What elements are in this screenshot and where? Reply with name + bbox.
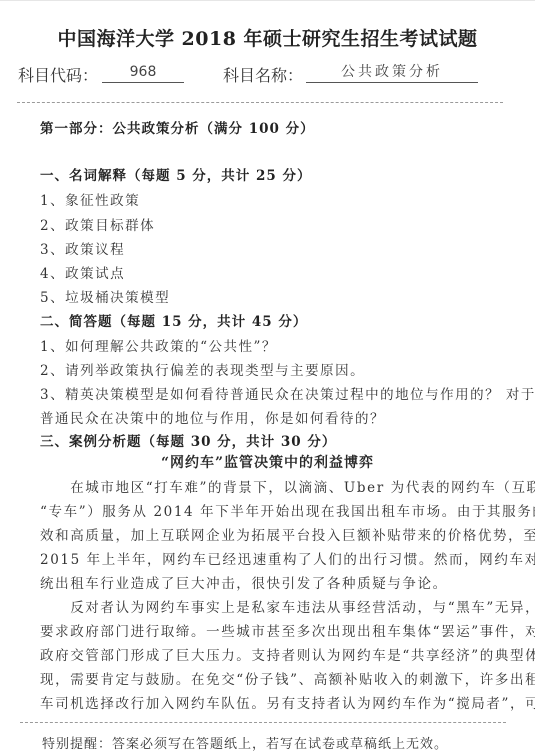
divider-top xyxy=(17,102,503,103)
section-3-heading: 三、案例分析题（每题 30 分，共计 30 分） xyxy=(40,430,336,450)
list-item: 3、政策议程 xyxy=(40,238,125,258)
section-2-heading: 二、简答题（每题 15 分，共计 45 分） xyxy=(40,310,307,330)
case-line: 车司机选择改行加入网约车队伍。另有支持者认为网约车作为“搅局者”，可 xyxy=(40,692,503,712)
part-heading: 第一部分：公共政策分析（满分 100 分） xyxy=(40,117,315,137)
footer-notice: 特别提醒：答案必须写在答题纸上，若写在试卷或草稿纸上无效。 xyxy=(42,733,448,752)
list-item: 5、垃圾桶决策模型 xyxy=(40,286,170,306)
subject-name-label: 科目名称： xyxy=(223,63,303,86)
list-item: 2、政策目标群体 xyxy=(40,214,155,234)
subject-code-value: 968 xyxy=(102,63,184,83)
case-line: “专车”）服务从 2014 年下半年开始出现在我国出租车市场。由于其服务的高 xyxy=(40,500,503,520)
case-line: 效和高质量，加上互联网企业为拓展平台投入巨额补贴带来的价格优势，至 xyxy=(40,524,503,544)
list-item: 3、精英决策模型是如何看待普通民众在决策过程中的地位与作用的？ 对于 xyxy=(40,383,535,403)
section-1-heading: 一、名词解释（每题 5 分，共计 25 分） xyxy=(40,164,311,184)
top-border xyxy=(0,0,535,1)
divider-bottom xyxy=(20,722,506,723)
list-item: 2、请列举政策执行偏差的表现类型与主要原因。 xyxy=(40,359,365,379)
case-line: 政府交管部门形成了巨大压力。支持者则认为网约车是“共享经济”的典型体 xyxy=(40,644,503,664)
exam-title: 中国海洋大学 2018 年硕士研究生招生考试试题 xyxy=(0,24,535,51)
case-title: “网约车”监管决策中的利益博弈 xyxy=(0,452,535,472)
list-item: 普通民众在决策中的地位与作用，你是如何看待的？ xyxy=(40,407,385,427)
list-item: 1、如何理解公共政策的“公共性”？ xyxy=(40,335,277,355)
case-line: 要求政府部门进行取缔。一些城市甚至多次出现出租车集体“罢运”事件，对 xyxy=(40,620,503,640)
case-line: 统出租车行业造成了巨大冲击，很快引发了各种质疑与争论。 xyxy=(40,572,503,592)
list-item: 1、象征性政策 xyxy=(40,189,140,209)
case-line: 2015 年上半年，网约车已经迅速重构了人们的出行习惯。然而，网约车对传 xyxy=(40,548,503,568)
list-item: 4、政策试点 xyxy=(40,262,125,282)
subject-name-value: 公共政策分析 xyxy=(306,63,478,83)
case-line: 反对者认为网约车事实上是私家车违法从事经营活动，与“黑车”无异， xyxy=(40,596,503,616)
case-line: 现，需要肯定与鼓励。在免交“份子钱”、高额补贴收入的刺激下，许多出租 xyxy=(40,668,503,688)
subject-code-label: 科目代码： xyxy=(18,63,98,86)
case-line: 在城市地区“打车难”的背景下，以滴滴、Uber 为代表的网约车（互联网 xyxy=(40,476,503,496)
